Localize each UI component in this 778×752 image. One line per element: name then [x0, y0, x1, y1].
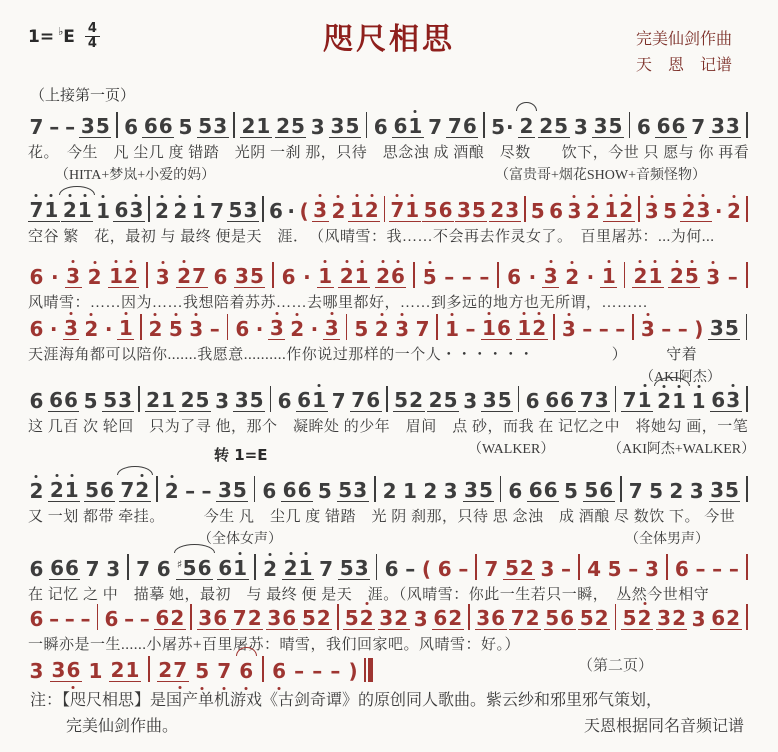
- note: 5: [529, 201, 546, 222]
- note-digit: 7: [691, 117, 706, 137]
- note-digit: 7: [428, 117, 443, 137]
- note: 66: [49, 558, 81, 580]
- note: –: [184, 481, 197, 502]
- note-digit: –: [661, 319, 672, 339]
- octave-dot-high: [50, 194, 53, 197]
- note: 61: [217, 558, 249, 580]
- note-digit: 6: [496, 318, 511, 338]
- octave-dot-high: [397, 260, 400, 263]
- barline: [233, 112, 235, 138]
- note-digit: 2: [428, 390, 443, 410]
- note-digit: 3: [64, 318, 79, 338]
- note-digit: 6: [269, 201, 284, 221]
- note-digit: 6: [528, 480, 543, 500]
- octave-dot-high: [643, 384, 646, 387]
- note-digit: 2: [637, 608, 652, 628]
- note: 2: [163, 481, 180, 502]
- note-digit: ·: [310, 319, 319, 339]
- note: 6: [234, 319, 251, 340]
- key-note: E: [63, 27, 75, 47]
- note-digit: 6: [277, 391, 292, 411]
- final-barline: [364, 658, 373, 682]
- note-digit: 7: [447, 116, 462, 136]
- note-digit: 6: [282, 608, 297, 628]
- note: –: [311, 661, 324, 682]
- barline: [746, 386, 748, 412]
- note: –: [293, 661, 306, 682]
- note: –: [460, 267, 473, 288]
- note: 12: [348, 200, 380, 222]
- final-bar-thin: [364, 658, 366, 682]
- note-digit: 6: [213, 267, 228, 287]
- octave-dot-high: [161, 261, 164, 264]
- barline: [483, 112, 485, 138]
- note-digit: 1: [691, 391, 706, 411]
- note-digit: –: [405, 559, 416, 579]
- octave-dot-high: [646, 313, 649, 316]
- note-digit: 3: [463, 391, 478, 411]
- note: 7: [330, 391, 347, 412]
- note-digit: 1: [88, 661, 103, 681]
- note: 4: [586, 559, 603, 580]
- note-digit: 5: [394, 390, 409, 410]
- note-digit: 6: [373, 117, 388, 137]
- note: 7: [28, 117, 45, 138]
- note-digit: –: [458, 559, 469, 579]
- note-digit: 7: [173, 660, 188, 680]
- note: 6: [548, 201, 565, 222]
- note: 3: [268, 318, 285, 340]
- note-digit: 6: [213, 608, 228, 628]
- note-digit: 6: [29, 267, 44, 287]
- note-digit: 6: [599, 480, 614, 500]
- note-digit: 5: [579, 608, 594, 628]
- note-digit: (: [299, 201, 309, 221]
- note-digit: 2: [170, 608, 185, 628]
- note-digit: 5: [339, 558, 354, 578]
- note-digit: 6: [100, 480, 115, 500]
- note-digit: –: [728, 559, 739, 579]
- note-digit: 6: [239, 661, 254, 681]
- note-digit: 3: [505, 200, 520, 220]
- note: 21: [282, 558, 314, 580]
- barline: [366, 112, 368, 138]
- note-digit: 1: [118, 318, 133, 338]
- note-digit: 4: [587, 559, 602, 579]
- note-digit: 6: [491, 608, 506, 628]
- note-digit: 3: [354, 558, 369, 578]
- note: –: [329, 661, 342, 682]
- note-digit: 2: [374, 319, 389, 339]
- note-digit: 3: [310, 117, 325, 137]
- note-digit: 3: [464, 480, 479, 500]
- note-digit: 6: [545, 390, 560, 410]
- note: ·: [713, 201, 724, 222]
- note: 66: [655, 116, 687, 138]
- note: 36: [266, 608, 298, 630]
- note: 3: [312, 200, 329, 222]
- note-digit: ·: [104, 319, 113, 339]
- octave-dot-high: [567, 313, 570, 316]
- note-digit: 6: [711, 390, 726, 410]
- note-digit: 1: [517, 318, 532, 338]
- octave-dot-high: [382, 260, 385, 263]
- note-digit: 3: [106, 559, 121, 579]
- credits-row: （HITA+梦岚+小爱的妈）（富贵哥+烟花SHOW+音频怪物）: [28, 164, 750, 184]
- note: –: [79, 609, 92, 630]
- note-digit: 7: [120, 480, 135, 500]
- octave-dot-high: [732, 195, 735, 198]
- note-digit: 2: [164, 481, 179, 501]
- note: 25: [668, 266, 700, 288]
- octave-dot-high: [523, 312, 526, 315]
- note: 3: [560, 319, 577, 340]
- note-digit: 5: [103, 390, 118, 410]
- octave-dot-high: [160, 195, 163, 198]
- note: 7: [414, 319, 431, 340]
- note-digit: 3: [709, 318, 724, 338]
- note-digit: 5: [504, 558, 519, 578]
- octave-dot-high: [370, 194, 373, 197]
- note-digit: 5: [83, 391, 98, 411]
- note-digit: 2: [29, 481, 44, 501]
- barline: [254, 554, 256, 580]
- footer-note-line2: 完美仙剑作曲。 天恩根据同名音频记谱: [30, 714, 744, 740]
- note-digit: 6: [262, 481, 277, 501]
- note-digit: 6: [50, 558, 65, 578]
- note: 6: [507, 481, 524, 502]
- note: 56: [422, 200, 454, 222]
- note-digit: 1: [318, 266, 333, 286]
- note-digit: 2: [585, 201, 600, 221]
- note-digit: –: [582, 319, 593, 339]
- note-digit: 2: [519, 558, 534, 578]
- note: 1: [87, 661, 104, 682]
- note: –: [727, 559, 740, 580]
- note-digit: 6: [104, 609, 119, 629]
- octave-dot-high: [607, 260, 610, 263]
- note-digit: –: [49, 117, 60, 137]
- lyrics-row: 又 一划 都带 牵挂。 今生 凡 尘几 度 错踏 光 阴 刹那，只待 思 念浊 …: [28, 505, 750, 526]
- slur-arc: [654, 377, 690, 386]
- note-digit: 2: [539, 116, 554, 136]
- note-digit: 5: [422, 267, 437, 287]
- note-digit: –: [727, 267, 738, 287]
- lyrics-row: 天涯海角都可以陪你.......我愿意..........作你说过那样的一个人・…: [28, 343, 750, 364]
- note: 3: [688, 481, 705, 502]
- octave-dot-high: [289, 552, 292, 555]
- note-digit: 6: [272, 661, 287, 681]
- note-digit: 2: [110, 660, 125, 680]
- barline: [262, 196, 264, 222]
- octave-dot-high: [324, 260, 327, 263]
- note-digit: 7: [331, 391, 346, 411]
- barline: [413, 262, 415, 288]
- note: 6: [155, 559, 172, 580]
- note-digit: 5: [443, 390, 458, 410]
- octave-dot-high: [345, 260, 348, 263]
- note: 12: [108, 266, 140, 288]
- octave-dot-high: [239, 552, 242, 555]
- barline: [97, 604, 99, 630]
- note-digit: 6: [437, 559, 452, 579]
- note: 21: [48, 480, 80, 502]
- score-line: 6–––6––62367236525232362367256525232362一…: [28, 598, 750, 654]
- note: 3: [65, 266, 82, 288]
- note-digit: –: [209, 319, 220, 339]
- note-digit: 3: [640, 319, 655, 339]
- barline: [629, 112, 631, 138]
- note-digit: 2: [672, 608, 687, 628]
- note-digit: 2: [726, 201, 741, 221]
- note-digit: 3: [235, 266, 250, 286]
- note: 2: [668, 481, 685, 502]
- note-digit: 6: [143, 116, 158, 136]
- note: 32: [656, 608, 688, 630]
- note: 23: [489, 200, 521, 222]
- note: 52: [300, 608, 332, 630]
- note-digit: 2: [123, 266, 138, 286]
- notation-row: 6·32123276356·121265–––6·32·121253–: [28, 256, 750, 288]
- note-digit: –: [677, 319, 688, 339]
- octave-dot-high: [179, 195, 182, 198]
- note: 6: [372, 117, 389, 138]
- note-digit: 7: [85, 559, 100, 579]
- note-digit: 1: [256, 116, 271, 136]
- note: ·: [286, 201, 297, 222]
- octave-dot-high: [135, 194, 138, 197]
- note-digit: 3: [540, 559, 555, 579]
- page-number-note: （第二页）: [578, 654, 653, 675]
- note-digit: 3: [706, 267, 721, 287]
- barline: [148, 656, 150, 682]
- note-digit: 1: [44, 200, 59, 220]
- note-digit: 5: [195, 390, 210, 410]
- octave-dot-high: [102, 195, 105, 198]
- note: 27: [157, 660, 189, 682]
- note-digit: 2: [726, 608, 741, 628]
- note-digit: 2: [247, 608, 262, 628]
- note-digit: –: [615, 319, 626, 339]
- octave-dot-high: [712, 261, 715, 264]
- note: 21: [240, 116, 272, 138]
- note-digit: 1: [233, 558, 248, 578]
- credits-row: （全体女声）（全体男声）: [28, 528, 750, 548]
- note: 2: [373, 319, 390, 340]
- note-digit: 3: [726, 390, 741, 410]
- note: 6: [28, 609, 45, 630]
- note: 2: [725, 201, 742, 222]
- note: 35: [216, 480, 248, 502]
- performer-credit: （HITA+梦岚+小爱的妈）: [55, 164, 215, 184]
- octave-dot-high: [625, 194, 628, 197]
- note-digit: ·: [303, 267, 312, 287]
- note: 35: [234, 266, 266, 288]
- barline: [746, 476, 748, 502]
- note-digit: 5: [301, 608, 316, 628]
- sheet-music-page: 1=♭E 4 4 咫尺相思 完美仙剑作曲 天 恩 记谱 （上接第一页） 7––3…: [0, 0, 778, 752]
- octave-dot-high: [170, 475, 173, 478]
- note: 3: [705, 267, 722, 288]
- time-signature: 4 4: [85, 22, 100, 52]
- note: 3: [643, 559, 660, 580]
- note: 53: [102, 390, 134, 412]
- note: 76: [446, 116, 478, 138]
- octave-dot-high: [269, 553, 272, 556]
- note-digit: –: [139, 609, 150, 629]
- note: ♯56: [176, 558, 213, 580]
- note-digit: 7: [622, 390, 637, 410]
- note: 6: [28, 267, 45, 288]
- note: 6: [271, 661, 288, 682]
- note-digit: 2: [633, 266, 648, 286]
- note-digit: 1: [402, 481, 417, 501]
- note-digit: 3: [476, 608, 491, 628]
- note-digit: 2: [382, 481, 397, 501]
- score-line: 22156722––35666553212335666556752335又 一划…: [28, 470, 750, 548]
- note: 63: [710, 390, 742, 412]
- barline: [146, 262, 148, 288]
- barline: [615, 386, 617, 412]
- note-digit: 2: [657, 391, 672, 411]
- note: 23: [680, 200, 712, 222]
- note: 3: [442, 481, 459, 502]
- note-digit: –: [312, 661, 323, 681]
- note: –: [200, 481, 213, 502]
- barline: [262, 656, 264, 682]
- note-digit: 3: [691, 609, 706, 629]
- note-digit: –: [124, 609, 135, 629]
- note-digit: 5: [622, 608, 637, 628]
- note-digit: 5: [491, 117, 506, 137]
- note: –: [457, 559, 470, 580]
- octave-dot-high: [414, 110, 417, 113]
- notation-row: 66655321253356617765225335666737121163: [28, 380, 750, 412]
- note: –: [48, 609, 61, 630]
- note: 1: [444, 319, 461, 340]
- note-digit: 7: [628, 481, 643, 501]
- note-digit: 2: [263, 559, 278, 579]
- notation-row: 6667376♯56612217536–(6–7523–45–36–––: [28, 548, 750, 580]
- octave-dot-high: [124, 312, 127, 315]
- note-digit: 1: [64, 480, 79, 500]
- octave-dot-high: [69, 312, 72, 315]
- note: 21: [338, 266, 370, 288]
- note-digit: 1: [637, 390, 652, 410]
- note-digit: 2: [594, 608, 609, 628]
- note-digit: 2: [359, 608, 374, 628]
- note: 33: [709, 116, 741, 138]
- note: –: [560, 559, 573, 580]
- score-line: 6·32123276356·121265–––6·32·121253–风晴雪：……: [28, 256, 750, 312]
- note-digit: 3: [118, 390, 133, 410]
- note-digit: 2: [490, 200, 505, 220]
- note-digit: 3: [725, 116, 740, 136]
- note-digit: 5: [564, 481, 579, 501]
- note-digit: 7: [29, 117, 44, 137]
- note: 3: [214, 391, 231, 412]
- note: 35: [592, 116, 624, 138]
- note: 6: [28, 391, 45, 412]
- note-digit: –: [444, 267, 455, 287]
- note-digit: 1: [161, 390, 176, 410]
- note-digit: 1: [96, 201, 111, 221]
- barline: [746, 262, 748, 288]
- slur-arc: [236, 647, 257, 656]
- note: 66: [527, 480, 559, 502]
- note-digit: 2: [177, 266, 192, 286]
- octave-dot-high: [697, 385, 700, 388]
- note-digit: 5: [554, 116, 569, 136]
- note-digit: 5: [497, 390, 512, 410]
- note-digit: 6: [438, 200, 453, 220]
- note-digit: 5: [724, 318, 739, 338]
- note-digit: 5: [249, 390, 264, 410]
- note-digit: 6: [156, 559, 171, 579]
- note: 3: [643, 201, 660, 222]
- note: 76: [350, 390, 382, 412]
- note: 6: [238, 661, 255, 682]
- note: –: [208, 319, 221, 340]
- note-digit: 2: [423, 481, 438, 501]
- note: ·: [49, 267, 60, 288]
- note-digit: 3: [189, 319, 204, 339]
- note: 2: [262, 559, 279, 580]
- note-digit: –: [561, 559, 572, 579]
- note-digit: 1: [298, 558, 313, 578]
- note-digit: 6: [549, 201, 564, 221]
- note-digit: –: [465, 319, 476, 339]
- note: 52: [621, 608, 653, 630]
- note-digit: 2: [146, 390, 161, 410]
- octave-dot-high: [70, 474, 73, 477]
- note-digit: 6: [297, 390, 312, 410]
- barline: [620, 476, 622, 502]
- note-digit: 6: [29, 391, 44, 411]
- octave-dot-high: [571, 261, 574, 264]
- note-digit: 3: [51, 660, 66, 680]
- note: 7: [483, 559, 500, 580]
- note: 3: [28, 661, 45, 682]
- note-digit: 3: [573, 117, 588, 137]
- key-signature: 1=♭E 4 4: [28, 22, 100, 52]
- note-digit: 5: [228, 200, 243, 220]
- note: 2: [86, 267, 103, 288]
- note: 12: [603, 200, 635, 222]
- note: (: [420, 559, 432, 580]
- note-digit: 5: [85, 480, 100, 500]
- octave-dot-high: [195, 313, 198, 316]
- note-digit: 3: [644, 201, 659, 221]
- note: 1: [401, 481, 418, 502]
- key-prefix: 1=: [28, 27, 54, 47]
- note-digit: 3: [80, 116, 95, 136]
- note-digit: 3: [710, 480, 725, 500]
- note: 62: [154, 608, 186, 630]
- note-digit: 7: [415, 319, 430, 339]
- note: 5: [662, 201, 679, 222]
- notation-row: 6·32·1253–6·32·352371–16123–––3––)35: [28, 308, 750, 340]
- note: –: [581, 319, 594, 340]
- note-digit: 2: [669, 481, 684, 501]
- note-digit: 6: [29, 609, 44, 629]
- note-digit: 6: [66, 660, 81, 680]
- barline: [227, 314, 229, 340]
- note-digit: –: [294, 661, 305, 681]
- note-digit: 6: [155, 608, 170, 628]
- note: 1: [317, 266, 334, 288]
- flat-icon: ♭: [58, 25, 63, 38]
